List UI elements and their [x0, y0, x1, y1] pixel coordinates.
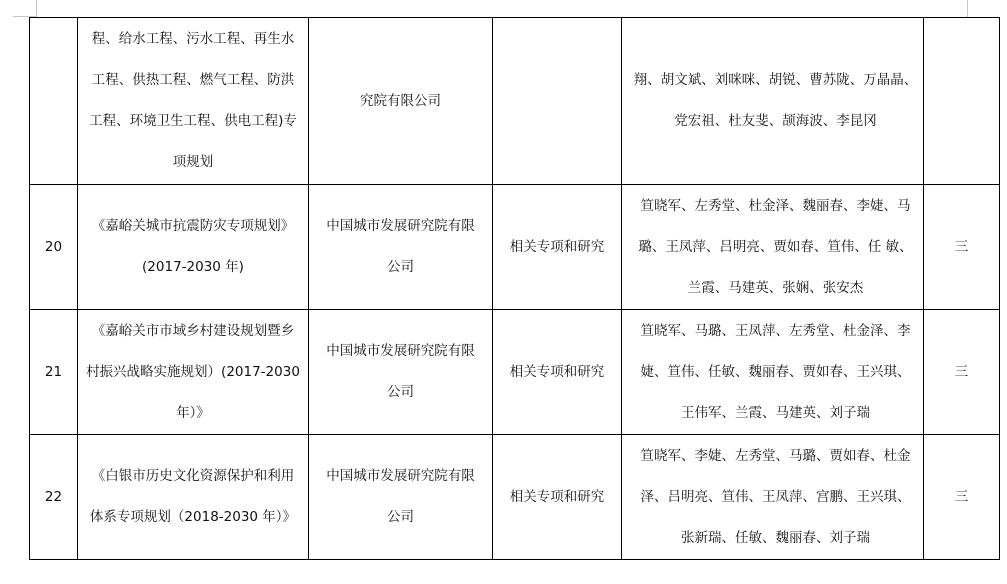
project-name-line: 《嘉峪关城市抗震防灾专项规划》: [78, 206, 308, 247]
organization-line: 公司: [309, 497, 492, 538]
project-name-line: 工程、供热工程、燃气工程、防洪: [78, 60, 308, 101]
organization-line: 公司: [309, 372, 492, 413]
cell-organization: 中国城市发展研究院有限 公司: [309, 310, 493, 435]
cell-members: 笪晓军、李婕、左秀堂、马璐、贾如春、杜金 泽、吕明亮、笪伟、王凤萍、宫鹏、王兴琪…: [622, 435, 924, 560]
organization-line: 公司: [309, 247, 492, 288]
cell-category: 相关专项和研究: [493, 435, 622, 560]
cell-index: 20: [30, 185, 78, 310]
cell-index: 21: [30, 310, 78, 435]
project-name-line: (2017-2030 年): [78, 247, 308, 288]
project-name-line: 《嘉峪关市市域乡村建设规划暨乡: [78, 311, 308, 352]
award-table: 程、给水工程、污水工程、再生水 工程、供热工程、燃气工程、防洪 工程、环境卫生工…: [29, 17, 1000, 560]
members-line: 党宏祖、杜友斐、颉海波、李昆冈: [622, 101, 923, 142]
members-line: 婕、笪伟、任敏、魏丽春、贾如春、王兴琪、: [622, 352, 923, 393]
cell-members: 笪晓军、马璐、王凤萍、左秀堂、杜金泽、李 婕、笪伟、任敏、魏丽春、贾如春、王兴琪…: [622, 310, 924, 435]
table-row-continuation: 程、给水工程、污水工程、再生水 工程、供热工程、燃气工程、防洪 工程、环境卫生工…: [30, 18, 1000, 185]
cell-index: [30, 18, 78, 185]
cell-category: 相关专项和研究: [493, 310, 622, 435]
members-line: 笪晓军、马璐、王凤萍、左秀堂、杜金泽、李: [622, 311, 923, 352]
cell-category: 相关专项和研究: [493, 185, 622, 310]
cell-members: 笪晓军、左秀堂、杜金泽、魏丽春、李婕、马 璐、王凤萍、吕明亮、贾如春、笪伟、任 …: [622, 185, 924, 310]
organization-line: 中国城市发展研究院有限: [309, 456, 492, 497]
organization-line: 究院有限公司: [309, 81, 492, 122]
project-name-line: 村振兴战略实施规划）(2017-2030: [78, 352, 308, 393]
table-row: 21 《嘉峪关市市域乡村建设规划暨乡 村振兴战略实施规划）(2017-2030 …: [30, 310, 1000, 435]
members-line: 璐、王凤萍、吕明亮、贾如春、笪伟、任 敏、: [622, 227, 923, 268]
cell-organization: 中国城市发展研究院有限 公司: [309, 185, 493, 310]
cell-project-name: 《白银市历史文化资源保护和利用 体系专项规划（2018-2030 年）》: [78, 435, 309, 560]
members-line: 笪晓军、李婕、左秀堂、马璐、贾如春、杜金: [622, 436, 923, 477]
cell-project-name: 《嘉峪关城市抗震防灾专项规划》 (2017-2030 年): [78, 185, 309, 310]
cell-members: 翔、胡文斌、刘咪咪、胡锐、曹苏陇、万晶晶、 党宏祖、杜友斐、颉海波、李昆冈: [622, 18, 924, 185]
members-line: 张新瑞、任敏、魏丽春、刘子瑞: [622, 518, 923, 559]
organization-line: 中国城市发展研究院有限: [309, 206, 492, 247]
project-name-line: 工程、环境卫生工程、供电工程)专: [78, 101, 308, 142]
cell-index: 22: [30, 435, 78, 560]
cell-level: 三: [924, 435, 1000, 560]
cell-category: [493, 18, 622, 185]
cell-project-name: 《嘉峪关市市域乡村建设规划暨乡 村振兴战略实施规划）(2017-2030 年）》: [78, 310, 309, 435]
members-line: 笪晓军、左秀堂、杜金泽、魏丽春、李婕、马: [622, 186, 923, 227]
organization-line: 中国城市发展研究院有限: [309, 331, 492, 372]
project-name-line: 《白银市历史文化资源保护和利用: [78, 456, 308, 497]
members-line: 翔、胡文斌、刘咪咪、胡锐、曹苏陇、万晶晶、: [622, 60, 923, 101]
cell-organization: 中国城市发展研究院有限 公司: [309, 435, 493, 560]
cell-project-name: 程、给水工程、污水工程、再生水 工程、供热工程、燃气工程、防洪 工程、环境卫生工…: [78, 18, 309, 185]
page-corner-mark-vertical-left: [36, 0, 37, 17]
page-corner-mark-vertical-right: [967, 0, 968, 17]
project-name-line: 体系专项规划（2018-2030 年）》: [78, 497, 308, 538]
table-row: 20 《嘉峪关城市抗震防灾专项规划》 (2017-2030 年) 中国城市发展研…: [30, 185, 1000, 310]
cell-organization: 究院有限公司: [309, 18, 493, 185]
project-name-line: 程、给水工程、污水工程、再生水: [78, 19, 308, 60]
cell-level: 三: [924, 310, 1000, 435]
members-line: 王伟军、兰霞、马建英、刘子瑞: [622, 393, 923, 434]
project-name-line: 项规划: [78, 142, 308, 183]
cell-level: 三: [924, 185, 1000, 310]
project-name-line: 年）》: [78, 393, 308, 434]
members-line: 泽、吕明亮、笪伟、王凤萍、宫鹏、王兴琪、: [622, 477, 923, 518]
members-line: 兰霞、马建英、张娴、张安杰: [622, 268, 923, 309]
table-row: 22 《白银市历史文化资源保护和利用 体系专项规划（2018-2030 年）》 …: [30, 435, 1000, 560]
cell-level: [924, 18, 1000, 185]
